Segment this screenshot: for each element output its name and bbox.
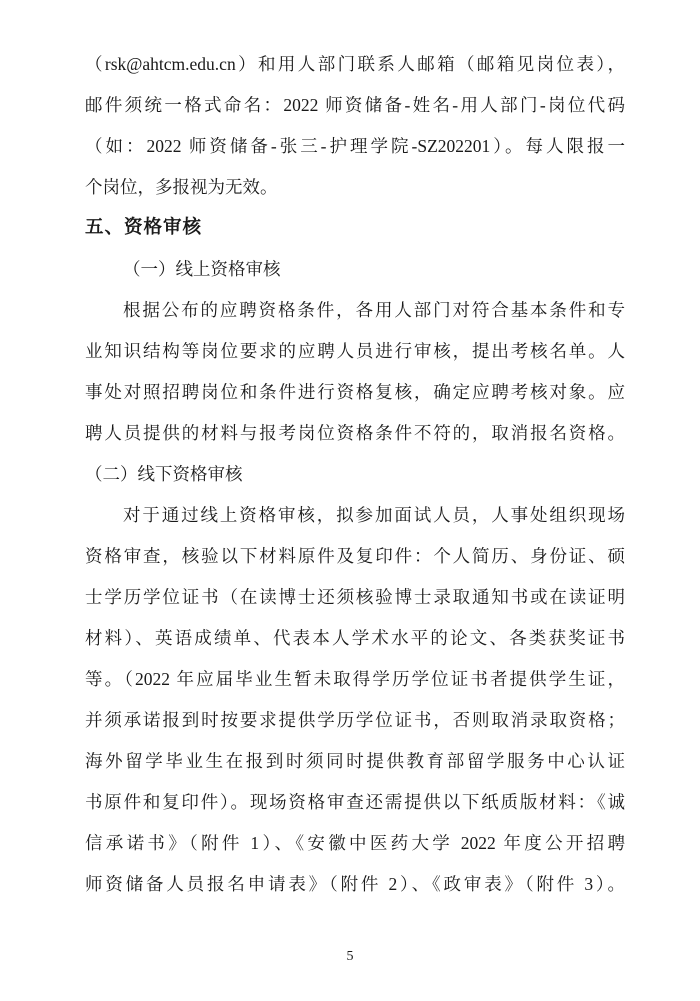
text-line: 师资储备人员报名申请表》（附件 2）、《政审表》（附件 3）。 bbox=[85, 864, 625, 905]
text-line: （如：2022 师资储备-张三-护理学院-SZ202201）。每人限报一 bbox=[85, 126, 625, 167]
text-line: 并须承诺报到时按要求提供学历学位证书，否则取消录取资格； bbox=[85, 700, 625, 741]
text-line: 材料）、英语成绩单、代表本人学术水平的论文、各类获奖证书 bbox=[85, 618, 625, 659]
text-line: 聘人员提供的材料与报考岗位资格条件不符的，取消报名资格。 bbox=[85, 413, 625, 454]
document-page: （rsk@ahtcm.edu.cn）和用人部门联系人邮箱（邮箱见岗位表）， 邮件… bbox=[0, 0, 700, 1001]
subsection-heading-1: （一）线上资格审核 bbox=[85, 249, 625, 290]
document-body: （rsk@ahtcm.edu.cn）和用人部门联系人邮箱（邮箱见岗位表）， 邮件… bbox=[85, 44, 625, 905]
page-number: 5 bbox=[347, 949, 354, 964]
text-line: 等。（2022 年应届毕业生暂未取得学历学位证书者提供学生证， bbox=[85, 659, 625, 700]
text-line: 书原件和复印件）。现场资格审查还需提供以下纸质版材料：《诚 bbox=[85, 782, 625, 823]
text-line: 事处对照招聘岗位和条件进行资格复核，确定应聘考核对象。应 bbox=[85, 372, 625, 413]
text-line: 士学历学位证书（在读博士还须核验博士录取通知书或在读证明 bbox=[85, 577, 625, 618]
text-line: 个岗位，多报视为无效。 bbox=[85, 167, 625, 208]
text-line: 海外留学毕业生在报到时须同时提供教育部留学服务中心认证 bbox=[85, 741, 625, 782]
text-line: 根据公布的应聘资格条件，各用人部门对符合基本条件和专 bbox=[85, 290, 625, 331]
text-line: 邮件须统一格式命名：2022 师资储备-姓名-用人部门-岗位代码 bbox=[85, 85, 625, 126]
text-line: 对于通过线上资格审核，拟参加面试人员，人事处组织现场 bbox=[85, 495, 625, 536]
text-line: 业知识结构等岗位要求的应聘人员进行审核，提出考核名单。人 bbox=[85, 331, 625, 372]
text-line: 信承诺书》（附件 1）、《安徽中医药大学 2022 年度公开招聘 bbox=[85, 823, 625, 864]
page-footer: 5 bbox=[0, 947, 700, 967]
section-heading: 五、资格审核 bbox=[85, 208, 625, 249]
text-line: （rsk@ahtcm.edu.cn）和用人部门联系人邮箱（邮箱见岗位表）， bbox=[85, 44, 625, 85]
text-line: 资格审查，核验以下材料原件及复印件：个人简历、身份证、硕 bbox=[85, 536, 625, 577]
subsection-heading-2: （二）线下资格审核 bbox=[85, 454, 625, 495]
